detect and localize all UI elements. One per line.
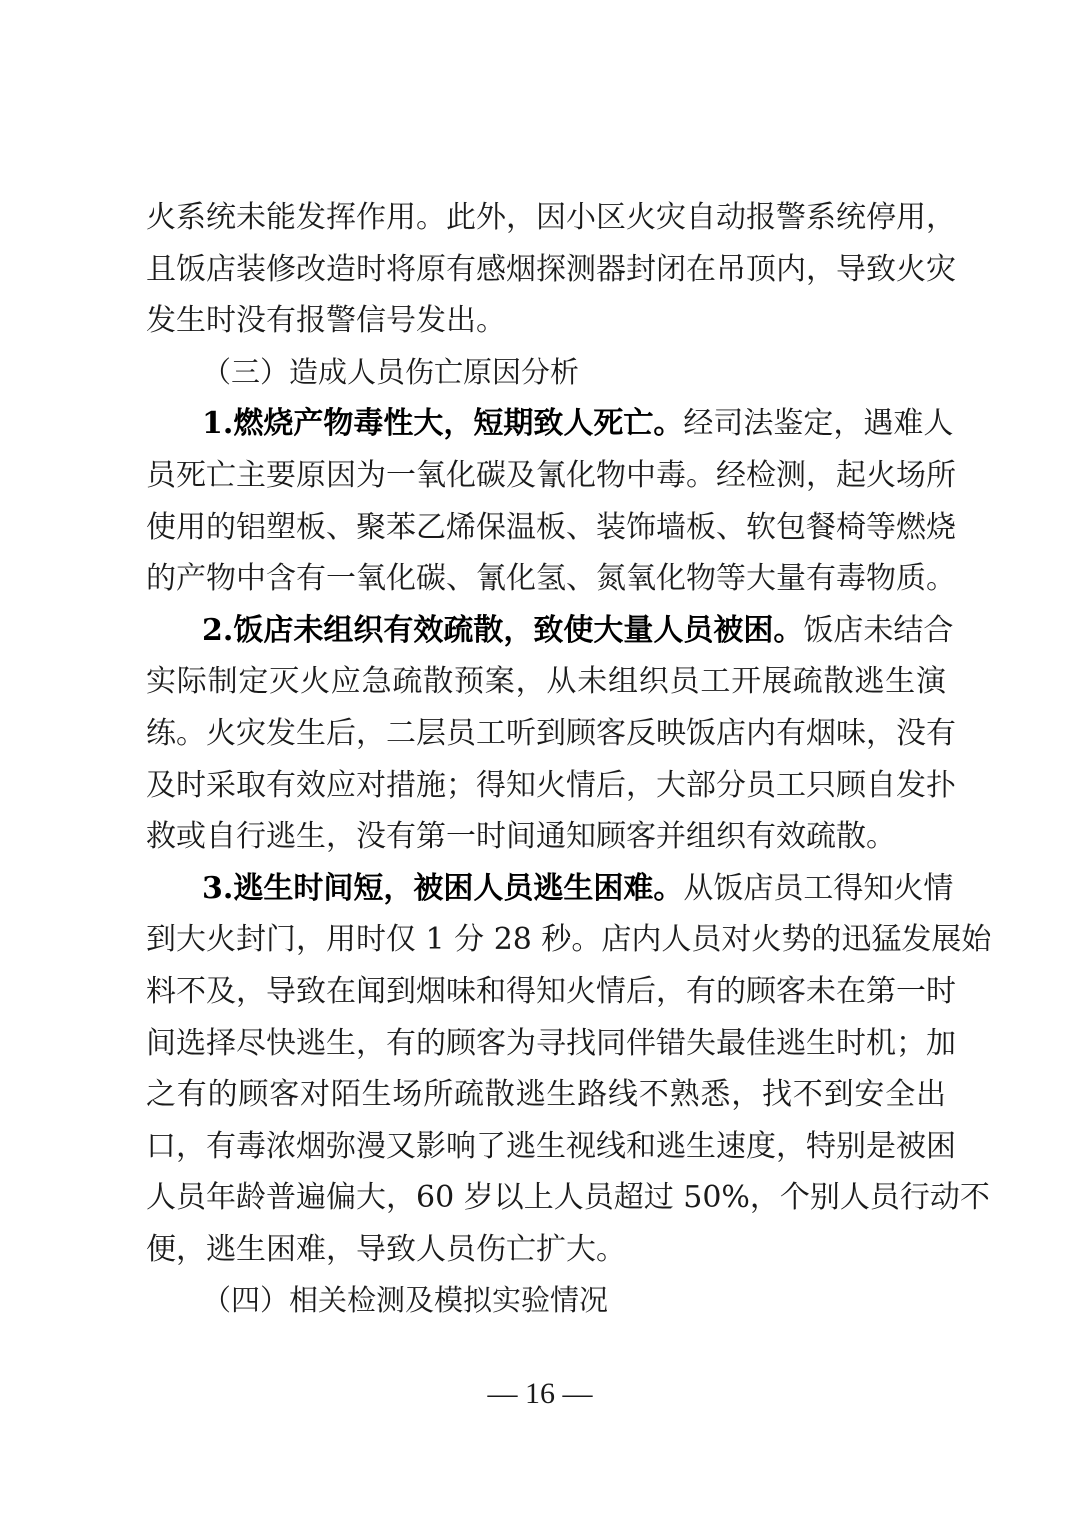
text-line: 练。火灾发生后，二层员工听到顾客反映饭店内有烟味，没有 (146, 708, 946, 760)
item-3-paragraph: 3.逃生时间短，被困人员逃生困难。从饭店员工得知火情 到大火封门，用时仅 1 分… (146, 863, 946, 1276)
text-line: 员死亡主要原因为一氧化碳及氰化物中毒。经检测，起火场所 (146, 450, 946, 502)
text-line: 及时采取有效应对措施；得知火情后，大部分员工只顾自发扑 (146, 760, 946, 812)
text-span: 从饭店员工得知火情 (683, 871, 953, 906)
text-line: 救或自行逃生，没有第一时间通知顾客并组织有效疏散。 (146, 811, 946, 863)
section-heading-3: （三）造成人员伤亡原因分析 (146, 347, 946, 399)
text-line: 的产物中含有一氧化碳、氰化氢、氮氧化物等大量有毒物质。 (146, 553, 946, 605)
text-span: 饭店未结合 (803, 613, 953, 648)
item-2-title: 2.饭店未组织有效疏散，致使大量人员被困。 (202, 613, 803, 648)
text-line: 火系统未能发挥作用。此外，因小区火灾自动报警系统停用， (146, 192, 946, 244)
page-number: — 16 — (0, 1377, 1080, 1411)
item-1-paragraph: 1.燃烧产物毒性大，短期致人死亡。经司法鉴定，遇难人 员死亡主要原因为一氧化碳及… (146, 398, 946, 604)
item-3-title: 3.逃生时间短，被困人员逃生困难。 (202, 871, 683, 906)
item-2-paragraph: 2.饭店未组织有效疏散，致使大量人员被困。饭店未结合 实际制定灭火应急疏散预案，… (146, 605, 946, 863)
item-1-title: 1.燃烧产物毒性大，短期致人死亡。 (202, 406, 683, 441)
text-line: 间选择尽快逃生，有的顾客为寻找同伴错失最佳逃生时机；加 (146, 1018, 946, 1070)
item-3-first-line: 3.逃生时间短，被困人员逃生困难。从饭店员工得知火情 (146, 863, 946, 915)
paragraph-fire-system: 火系统未能发挥作用。此外，因小区火灾自动报警系统停用， 且饭店装修改造时将原有感… (146, 192, 946, 347)
document-page: 火系统未能发挥作用。此外，因小区火灾自动报警系统停用， 且饭店装修改造时将原有感… (146, 192, 946, 1327)
item-1-first-line: 1.燃烧产物毒性大，短期致人死亡。经司法鉴定，遇难人 (146, 398, 946, 450)
text-span: 经司法鉴定，遇难人 (683, 406, 953, 441)
text-line: 实际制定灭火应急疏散预案，从未组织员工开展疏散逃生演 (146, 656, 946, 708)
text-line: 且饭店装修改造时将原有感烟探测器封闭在吊顶内，导致火灾 (146, 244, 946, 296)
text-line: 人员年龄普遍偏大，60 岁以上人员超过 50%，个别人员行动不 (146, 1172, 946, 1224)
section-heading-4: （四）相关检测及模拟实验情况 (146, 1275, 946, 1327)
text-line: 便，逃生困难，导致人员伤亡扩大。 (146, 1224, 946, 1276)
text-line: 发生时没有报警信号发出。 (146, 295, 946, 347)
text-line: 到大火封门，用时仅 1 分 28 秒。店内人员对火势的迅猛发展始 (146, 914, 946, 966)
text-line: 使用的铝塑板、聚苯乙烯保温板、装饰墙板、软包餐椅等燃烧 (146, 502, 946, 554)
item-2-first-line: 2.饭店未组织有效疏散，致使大量人员被困。饭店未结合 (146, 605, 946, 657)
text-line: 之有的顾客对陌生场所疏散逃生路线不熟悉，找不到安全出 (146, 1069, 946, 1121)
text-line: 料不及，导致在闻到烟味和得知火情后，有的顾客未在第一时 (146, 966, 946, 1018)
text-line: 口，有毒浓烟弥漫又影响了逃生视线和逃生速度，特别是被困 (146, 1121, 946, 1173)
